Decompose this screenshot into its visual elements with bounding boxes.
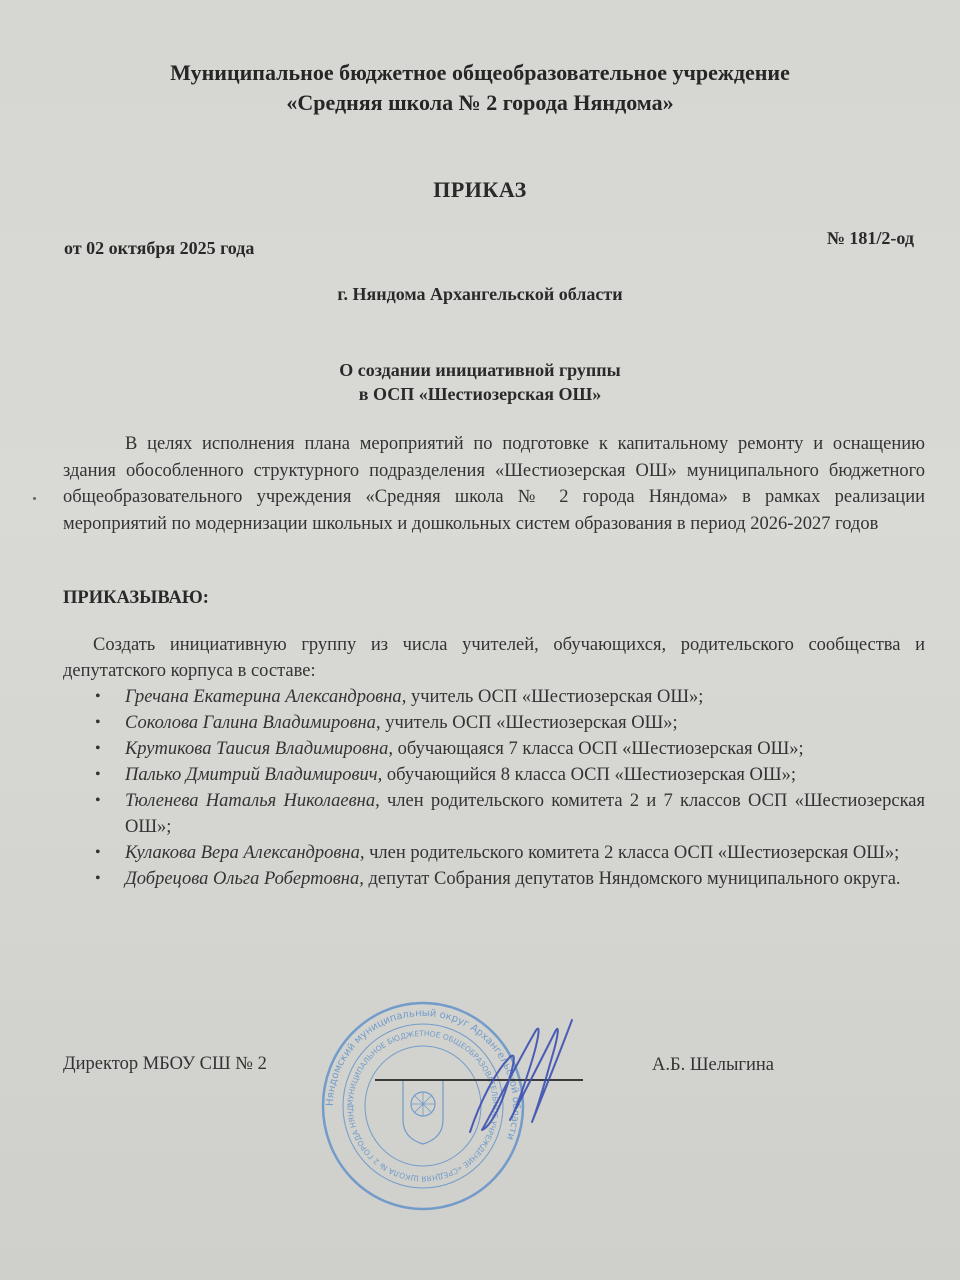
list-item: •Кулакова Вера Александровна, член родит… bbox=[63, 840, 925, 866]
member-list: •Гречана Екатерина Александровна, учител… bbox=[63, 684, 925, 892]
bullet-icon: • bbox=[95, 788, 101, 814]
order-date: от 02 октября 2025 года bbox=[64, 238, 254, 259]
paper-speck bbox=[33, 497, 36, 500]
order-subject: О создании инициативной группы в ОСП «Ше… bbox=[0, 358, 960, 406]
preamble-text: В целях исполнения плана мероприятий по … bbox=[63, 431, 925, 537]
order-city: г. Няндома Архангельской области bbox=[0, 284, 960, 305]
create-group-text: Создать инициативную группу из числа учи… bbox=[63, 632, 925, 684]
list-item: •Соколова Галина Владимировна, учитель О… bbox=[63, 710, 925, 736]
member-name: Добрецова Ольга Робертовна, bbox=[125, 869, 364, 889]
document-page: Муниципальное бюджетное общеобразователь… bbox=[0, 0, 960, 1280]
member-role: , учитель ОСП «Шестиозерская ОШ»; bbox=[402, 687, 704, 707]
list-item: •Гречана Екатерина Александровна, учител… bbox=[63, 684, 925, 710]
bullet-icon: • bbox=[95, 684, 101, 710]
bullet-icon: • bbox=[95, 840, 101, 866]
member-name: Тюленева Наталья Николаевна, bbox=[125, 791, 380, 811]
handwritten-signature-icon bbox=[460, 1012, 580, 1142]
bullet-icon: • bbox=[95, 710, 101, 736]
organization-header: Муниципальное бюджетное общеобразователь… bbox=[0, 58, 960, 118]
bullet-icon: • bbox=[95, 866, 101, 892]
school-name: «Средняя школа № 2 города Няндома» bbox=[0, 88, 960, 118]
order-body: Создать инициативную группу из числа учи… bbox=[63, 632, 925, 892]
member-role: , учитель ОСП «Шестиозерская ОШ»; bbox=[376, 713, 678, 733]
member-name: Кулакова Вера Александровна, bbox=[125, 843, 364, 863]
list-item: •Добрецова Ольга Робертовна, депутат Соб… bbox=[63, 866, 925, 892]
member-role: обучающийся 8 класса ОСП «Шестиозерская … bbox=[382, 765, 796, 785]
member-role: депутат Собрания депутатов Няндомского м… bbox=[364, 869, 901, 889]
member-role: обучающаяся 7 класса ОСП «Шестиозерская … bbox=[393, 739, 804, 759]
order-keyword: ПРИКАЗЫВАЮ: bbox=[63, 588, 209, 609]
member-name: Палько Дмитрий Владимирович, bbox=[125, 765, 382, 785]
member-name: Крутикова Таисия Владимировна, bbox=[125, 739, 393, 759]
member-role: член родительского комитета 2 класса ОСП… bbox=[364, 843, 899, 863]
preamble: В целях исполнения плана мероприятий по … bbox=[63, 431, 925, 537]
list-item: •Крутикова Таисия Владимировна, обучающа… bbox=[63, 736, 925, 762]
order-number: № 181/2-од bbox=[827, 228, 914, 249]
member-name: Гречана Екатерина Александровна bbox=[125, 687, 402, 707]
organization-name: Муниципальное бюджетное общеобразователь… bbox=[0, 58, 960, 88]
subject-line-2: в ОСП «Шестиозерская ОШ» bbox=[0, 382, 960, 406]
member-name: Соколова Галина Владимировна bbox=[125, 713, 376, 733]
signatory-name: А.Б. Шелыгина bbox=[652, 1055, 774, 1076]
signatory-position: Директор МБОУ СШ № 2 bbox=[63, 1054, 267, 1075]
bullet-icon: • bbox=[95, 762, 101, 788]
list-item: •Тюленева Наталья Николаевна, член родит… bbox=[63, 788, 925, 840]
document-title: ПРИКАЗ bbox=[0, 177, 960, 203]
subject-line-1: О создании инициативной группы bbox=[0, 358, 960, 382]
bullet-icon: • bbox=[95, 736, 101, 762]
list-item: •Палько Дмитрий Владимирович, обучающийс… bbox=[63, 762, 925, 788]
